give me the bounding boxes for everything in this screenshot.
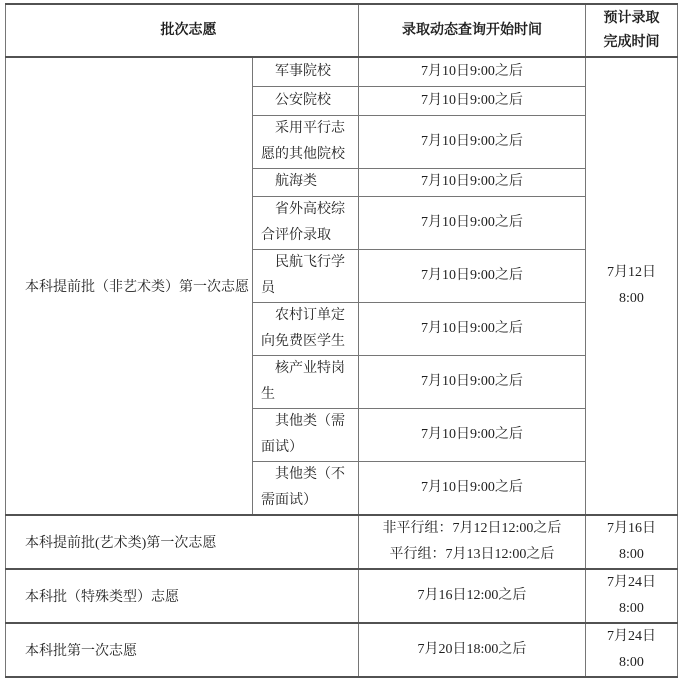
query-time-cell: 7月10日9:00之后 [359, 57, 586, 86]
category-cell: 核产业特岗生 [253, 355, 359, 408]
table-row: 本科批（特殊类型）志愿 7月16日12:00之后 7月24日 8:00 [6, 569, 678, 623]
category-cell: 航海类 [253, 168, 359, 196]
category-cell: 民航飞行学员 [253, 249, 359, 302]
header-batch-column: 批次志愿 [6, 4, 359, 57]
complete-hour-line: 8:00 [588, 650, 675, 676]
query-time-cell: 非平行组：7月12日12:00之后 平行组：7月13日12:00之后 [359, 515, 586, 569]
category-cell: 其他类（需面试） [253, 408, 359, 461]
complete-date-line: 7月16日 [588, 516, 675, 542]
header-complete-line1: 预计录取 [588, 7, 675, 31]
query-time-cell: 7月10日9:00之后 [359, 249, 586, 302]
row-label-cell: 本科提前批(艺术类)第一次志愿 [6, 515, 359, 569]
query-time-line2: 平行组：7月13日12:00之后 [361, 542, 583, 568]
query-time-cell: 7月10日9:00之后 [359, 461, 586, 515]
complete-time-cell: 7月16日 8:00 [586, 515, 678, 569]
category-cell: 军事院校 [253, 57, 359, 86]
table-row: 本科提前批(艺术类)第一次志愿 非平行组：7月12日12:00之后 平行组：7月… [6, 515, 678, 569]
complete-time-cell: 7月24日 8:00 [586, 623, 678, 677]
category-cell: 省外高校综合评价录取 [253, 196, 359, 249]
header-query-time-column: 录取动态查询开始时间 [359, 4, 586, 57]
query-time-cell: 7月10日9:00之后 [359, 86, 586, 115]
query-time-cell: 7月10日9:00之后 [359, 408, 586, 461]
query-time-cell: 7月10日9:00之后 [359, 168, 586, 196]
admission-schedule-table: 批次志愿 录取动态查询开始时间 预计录取 完成时间 本科提前批（非艺术类）第一次… [5, 3, 678, 678]
complete-hour-line: 8:00 [588, 286, 675, 312]
complete-date-line: 7月24日 [588, 570, 675, 596]
batch1-label-cell: 本科提前批（非艺术类）第一次志愿 [6, 57, 253, 515]
query-time-line1: 非平行组：7月12日12:00之后 [361, 516, 583, 542]
row-label-cell: 本科批（特殊类型）志愿 [6, 569, 359, 623]
header-complete-line2: 完成时间 [588, 31, 675, 55]
category-cell: 公安院校 [253, 86, 359, 115]
table-row: 本科批第一次志愿 7月20日18:00之后 7月24日 8:00 [6, 623, 678, 677]
category-cell: 农村订单定向免费医学生 [253, 302, 359, 355]
complete-time-cell: 7月24日 8:00 [586, 569, 678, 623]
query-time-cell: 7月10日9:00之后 [359, 196, 586, 249]
document-page: 批次志愿 录取动态查询开始时间 预计录取 完成时间 本科提前批（非艺术类）第一次… [0, 0, 680, 665]
table-header-row: 批次志愿 录取动态查询开始时间 预计录取 完成时间 [6, 4, 678, 57]
category-cell: 采用平行志愿的其他院校 [253, 115, 359, 168]
query-time-cell: 7月10日9:00之后 [359, 355, 586, 408]
query-time-cell: 7月10日9:00之后 [359, 115, 586, 168]
complete-hour-line: 8:00 [588, 596, 675, 622]
header-complete-time-column: 预计录取 完成时间 [586, 4, 678, 57]
query-time-cell: 7月20日18:00之后 [359, 623, 586, 677]
batch1-complete-cell: 7月12日 8:00 [586, 57, 678, 515]
query-time-cell: 7月10日9:00之后 [359, 302, 586, 355]
category-cell: 其他类（不需面试） [253, 461, 359, 515]
query-time-cell: 7月16日12:00之后 [359, 569, 586, 623]
complete-date-line: 7月24日 [588, 624, 675, 650]
table-row: 本科提前批（非艺术类）第一次志愿 军事院校 7月10日9:00之后 7月12日 … [6, 57, 678, 86]
complete-date-line: 7月12日 [588, 260, 675, 286]
complete-hour-line: 8:00 [588, 542, 675, 568]
row-label-cell: 本科批第一次志愿 [6, 623, 359, 677]
